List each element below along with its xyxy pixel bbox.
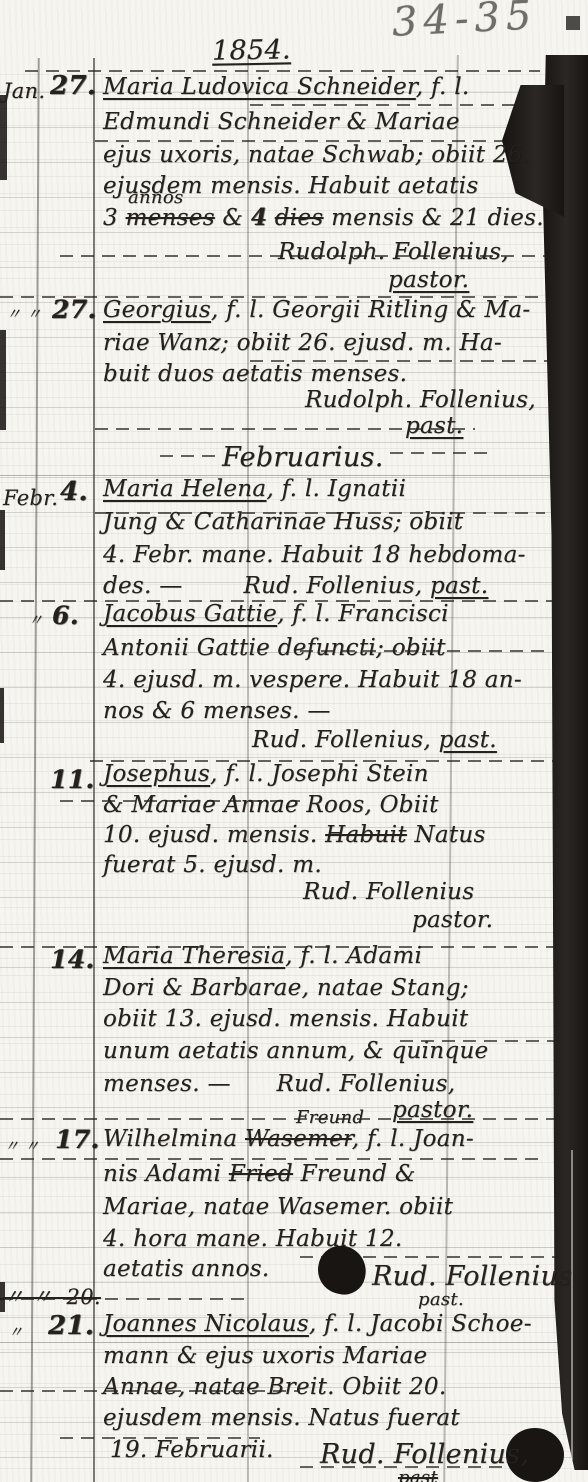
entry-line: Mariae, natae Wasemer. obiit — [103, 1195, 453, 1220]
entry-line: Jung & Catharinae Huss; obiit — [103, 510, 463, 535]
entry-line: des. — Rud. Follenius, past. — [103, 574, 488, 599]
entry-line: 4. hora mane. Habuit 12. — [103, 1227, 403, 1252]
ditto-mark: 〃 〃 — [4, 1138, 40, 1155]
entry-line: 3 menses & 4 dies mensis & 21 dies. — [103, 205, 544, 231]
ruled-line — [390, 452, 490, 454]
entry-line: unum aetatis annum, & quinque — [103, 1039, 488, 1064]
ruled-line — [250, 104, 540, 106]
signature-name: Rudolph. Follenius, — [278, 240, 509, 265]
corner-mark-square — [566, 16, 580, 30]
entry-line: mann & ejus uxoris Mariae — [103, 1344, 427, 1369]
register-page-scan: 34-35 1854. Jan. 27. Maria Ludovica Schn… — [0, 0, 588, 1482]
entry-line: 19. Februarii. — [110, 1438, 274, 1463]
entry-line: menses. — Rud. Follenius, — [103, 1072, 455, 1097]
left-scan-edge — [0, 510, 5, 570]
ruled-line — [0, 1158, 545, 1160]
entry-line: Annae, natae Breit. Obiit 20. — [103, 1375, 446, 1400]
signature-name: Rud. Follenius, — [320, 1440, 529, 1470]
ruled-line — [0, 1118, 560, 1120]
signature-title: past. — [418, 1290, 464, 1310]
entry-line: 10. ejusd. mensis. Habuit Natus — [103, 823, 486, 848]
struck-entry-row: 〃 〃 20. — [3, 1286, 101, 1309]
ditto-mark: 〃 — [28, 612, 43, 629]
pencil-folio-note: 34-35 — [391, 0, 539, 46]
signature-name: Rud. Follenius — [303, 880, 474, 905]
entry-date-day: 27. — [52, 296, 96, 324]
entry-line: aetatis annos. — [103, 1257, 270, 1282]
entry-line: Maria Ludovica Schneider, f. l. — [103, 75, 470, 100]
entry-line: 4. Febr. mane. Habuit 18 hebdoma- — [103, 543, 526, 568]
entry-line: ejusdem mensis. Natus fuerat — [103, 1406, 460, 1431]
left-scan-edge — [0, 330, 6, 430]
entry-date-day: 21. — [48, 1312, 94, 1341]
entry-date-day: 17. — [55, 1126, 99, 1154]
entry-date-day: 14. — [50, 946, 94, 974]
entry-date-month: Febr. — [3, 487, 58, 510]
signature-title: pastor. — [388, 268, 469, 293]
entry-line: Antonii Gattie defuncti; obiit — [103, 636, 446, 661]
signature-title: past — [398, 1468, 438, 1482]
left-scan-edge — [0, 688, 4, 743]
left-scan-edge — [0, 95, 7, 180]
ditto-mark: 〃 〃 — [6, 306, 42, 323]
entry-line: Wilhelmina Wasemer, f. l. Joan- — [103, 1127, 474, 1152]
entry-line: nos & 6 menses. — — [103, 699, 331, 724]
entry-line: 4. ejusd. m. vespere. Habuit 18 an- — [103, 668, 522, 693]
signature-name: Rudolph. Follenius, — [305, 388, 536, 413]
entry-line: & Mariae Annae Roos, Obiit — [103, 793, 439, 818]
entry-line: ejus uxoris, natae Schwab; obiit 26. — [103, 143, 530, 168]
signature-title: pastor. — [412, 908, 493, 933]
entry-date-day: 11. — [50, 766, 94, 794]
signature-line: Rud. Follenius, past. — [252, 728, 497, 753]
entry-line: Joannes Nicolaus, f. l. Jacobi Schoe- — [103, 1312, 532, 1337]
column-rule-left-1 — [30, 58, 39, 1482]
entry-date-day: 6. — [52, 602, 79, 630]
entry-date-day: 27. — [50, 72, 96, 101]
band-hairline — [571, 1150, 573, 1460]
entry-line: obiit 13. ejusd. mensis. Habuit — [103, 1007, 468, 1032]
ruled-line — [25, 70, 540, 72]
entry-line: fuerat 5. ejusd. m. — [103, 853, 322, 878]
signature-name: Rud. Follenius — [372, 1262, 572, 1292]
entry-line: Josephus, f. l. Josephi Stein — [103, 762, 429, 787]
inserted-correction: Freund — [296, 1108, 364, 1128]
signature-title: pastor. — [392, 1098, 473, 1123]
entry-line: Dori & Barbarae, natae Stang; — [103, 976, 469, 1001]
entry-line: Jacobus Gattie, f. l. Francisci — [103, 602, 449, 627]
entry-line: Edmundi Schneider & Mariae — [103, 110, 460, 135]
entry-line: nis Adami Fried Freund & — [103, 1162, 416, 1187]
ruled-line — [160, 455, 215, 457]
entry-date-month: Jan. — [3, 80, 45, 103]
inserted-correction: annos — [128, 188, 184, 208]
ditto-mark: 〃 — [8, 1324, 23, 1341]
year-header: 1854. — [212, 35, 291, 66]
entry-line: Maria Theresia, f. l. Adami — [103, 944, 422, 969]
entry-line: Georgius, f. l. Georgii Ritling & Ma- — [103, 298, 530, 323]
entry-line: Maria Helena, f. l. Ignatii — [103, 477, 406, 502]
signature-title: past. — [405, 414, 463, 439]
entry-line: buit duos aetatis menses. — [103, 362, 407, 387]
entry-line: riae Wanz; obiit 26. ejusd. m. Ha- — [103, 331, 502, 356]
entry-date-day: 4. — [60, 478, 88, 507]
month-header: Februarius. — [222, 443, 384, 473]
